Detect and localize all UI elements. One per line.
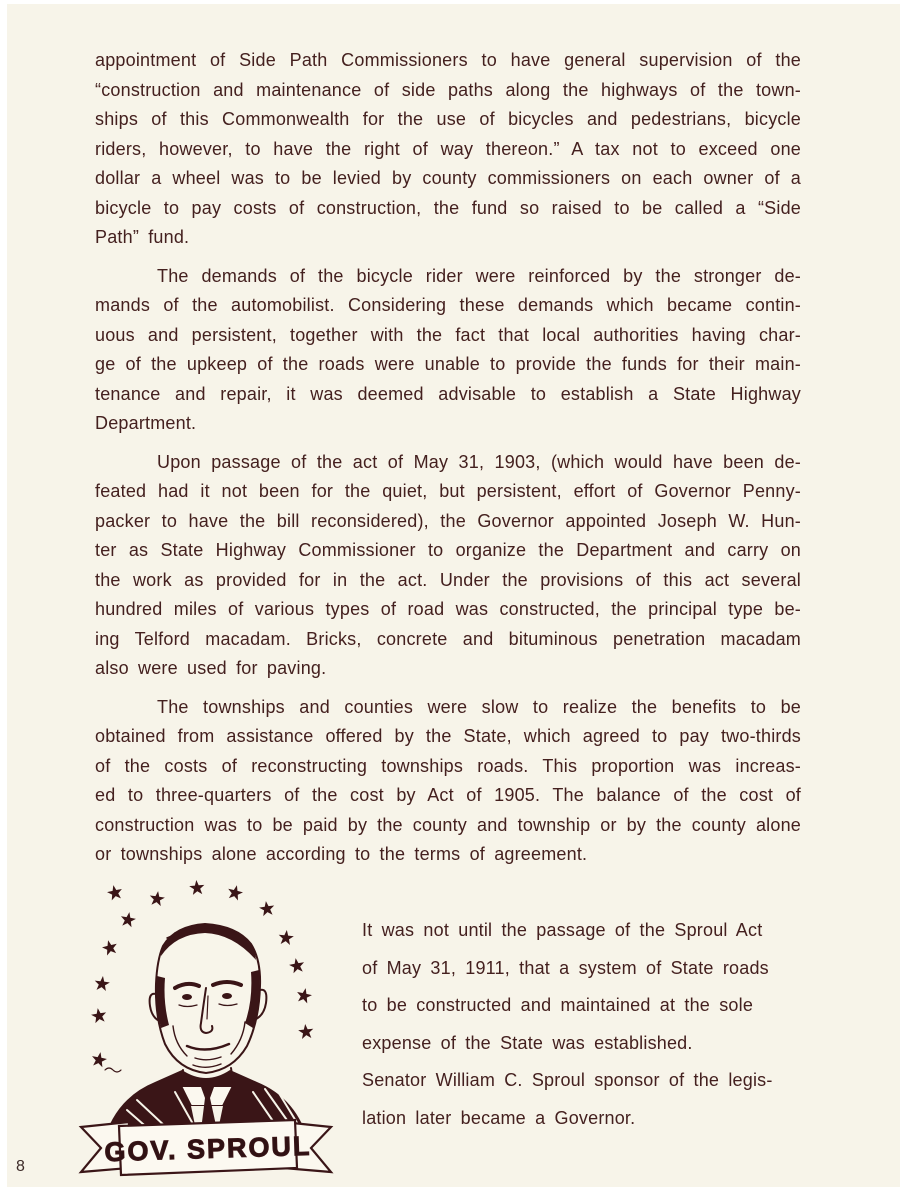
text-line: “construction and maintenance of side pa… xyxy=(95,76,801,106)
scanned-book-page: appointment of Side Path Commissioners t… xyxy=(0,0,900,1200)
feature-text-line: expense of the State was established. xyxy=(362,1025,812,1063)
portrait-illustration: GOV. SPROUL xyxy=(75,876,337,1182)
text-line: Upon passage of the act of May 31, 1903,… xyxy=(95,448,801,478)
paragraph-2: The demands of the bicycle rider were re… xyxy=(95,262,801,439)
text-line: ed to three-quarters of the cost by Act … xyxy=(95,781,801,811)
text-line: tenance and repair, it was deemed advisa… xyxy=(95,380,801,410)
caption-banner: GOV. SPROUL xyxy=(81,1120,331,1175)
text-line: or townships alone according to the term… xyxy=(95,840,801,870)
text-line: ge of the upkeep of the roads were unabl… xyxy=(95,350,801,380)
text-line: ing Telford macadam. Bricks, concrete an… xyxy=(95,625,801,655)
text-line: obtained from assistance offered by the … xyxy=(95,722,801,752)
text-line: ships of this Commonwealth for the use o… xyxy=(95,105,801,135)
scan-border-bottom xyxy=(0,1187,900,1200)
text-line: The townships and counties were slow to … xyxy=(95,693,801,723)
text-line: ter as State Highway Commissioner to org… xyxy=(95,536,801,566)
text-line: uous and persistent, together with the f… xyxy=(95,321,801,351)
text-line: riders, however, to have the right of wa… xyxy=(95,135,801,165)
scan-border-top xyxy=(0,0,900,4)
scan-border-left xyxy=(0,0,7,1200)
text-line: dollar a wheel was to be levied by count… xyxy=(95,164,801,194)
page-number: 8 xyxy=(16,1158,25,1176)
text-line: bicycle to pay costs of construction, th… xyxy=(95,194,801,224)
text-line: appointment of Side Path Commissioners t… xyxy=(95,46,801,76)
feature-text-line: Senator William C. Sproul sponsor of the… xyxy=(362,1062,812,1100)
feature-text-line: It was not until the passage of the Spro… xyxy=(362,912,812,950)
feature-section: GOV. SPROUL It was not until the passage… xyxy=(75,876,815,1186)
paragraph-1: appointment of Side Path Commissioners t… xyxy=(95,46,801,253)
text-line: of the costs of reconstructing townships… xyxy=(95,752,801,782)
text-line: feated had it not been for the quiet, bu… xyxy=(95,477,801,507)
body-paragraphs: appointment of Side Path Commissioners t… xyxy=(95,46,801,879)
text-line: construction was to be paid by the count… xyxy=(95,811,801,841)
text-line: hundred miles of various types of road w… xyxy=(95,595,801,625)
text-line: mands of the automobilist. Considering t… xyxy=(95,291,801,321)
text-line: Path” fund. xyxy=(95,223,801,253)
text-line: also were used for paving. xyxy=(95,654,801,684)
text-line: the work as provided for in the act. Und… xyxy=(95,566,801,596)
paragraph-4: The townships and counties were slow to … xyxy=(95,693,801,870)
feature-text-line: lation later became a Governor. xyxy=(362,1100,812,1138)
feature-text: It was not until the passage of the Spro… xyxy=(362,912,812,1138)
feature-text-line: to be constructed and maintained at the … xyxy=(362,987,812,1025)
text-line: The demands of the bicycle rider were re… xyxy=(95,262,801,292)
text-line: Department. xyxy=(95,409,801,439)
paragraph-3: Upon passage of the act of May 31, 1903,… xyxy=(95,448,801,684)
gov-sproul-portrait: GOV. SPROUL xyxy=(75,876,337,1182)
feature-text-line: of May 31, 1911, that a system of State … xyxy=(362,950,812,988)
text-line: packer to have the bill reconsidered), t… xyxy=(95,507,801,537)
